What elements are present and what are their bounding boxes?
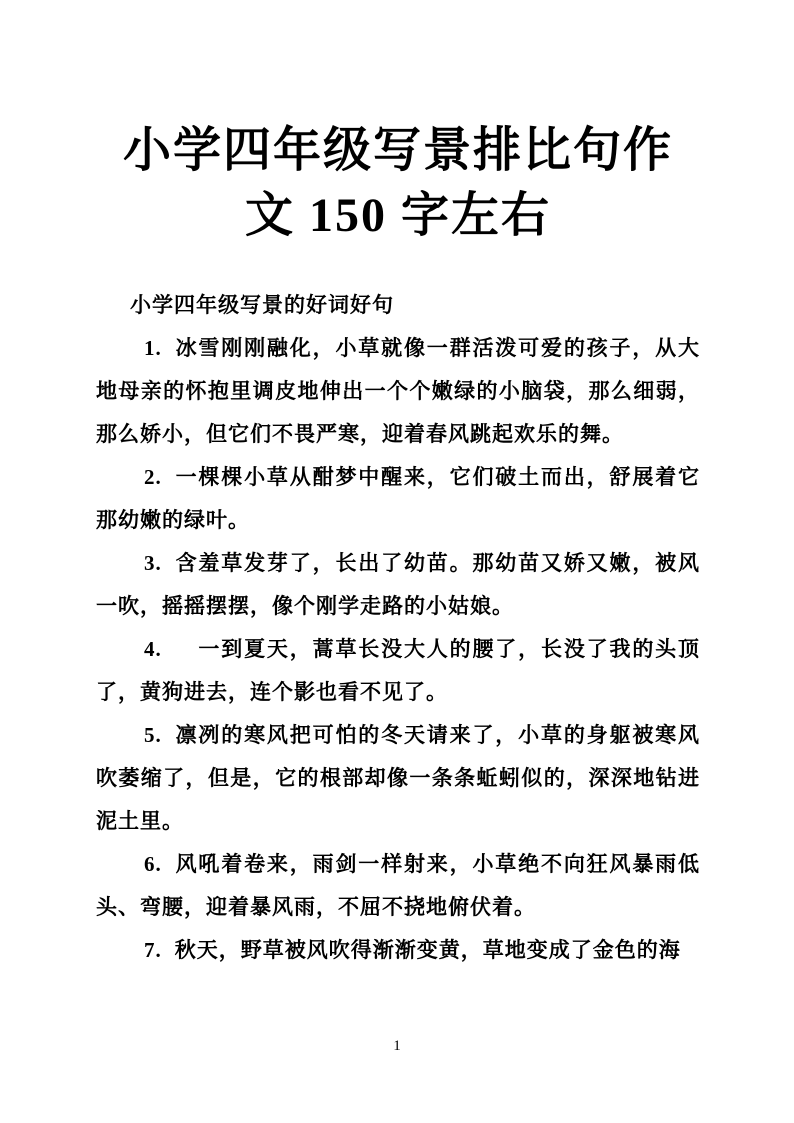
paragraph-number: 2. [144, 465, 162, 489]
paragraph-text: 凛冽的寒风把可怕的冬天请来了，小草的身躯被寒风吹萎缩了，但是，它的根部却像一条条… [96, 724, 700, 833]
document-page: 小学四年级写景排比句作 文 150 字左右 小学四年级写景的好词好句 1.冰雪刚… [0, 0, 794, 1123]
title-line-2: 文 150 字左右 [96, 183, 700, 248]
paragraph-number: 1. [144, 336, 162, 360]
numbered-paragraph: 1.冰雪刚刚融化，小草就像一群活泼可爱的孩子，从大地母亲的怀抱里调皮地伸出一个个… [96, 327, 700, 456]
document-title: 小学四年级写景排比句作 文 150 字左右 [96, 118, 700, 248]
paragraph-number: 3. [144, 551, 162, 575]
numbered-paragraph: 4. 一到夏天，蒿草长没大人的腰了，长没了我的头顶了，黄狗进去，连个影也看不见了… [96, 628, 700, 714]
paragraph-number: 4. [144, 637, 162, 661]
numbered-paragraph: 6.风吼着卷来，雨剑一样射来，小草绝不向狂风暴雨低头、弯腰，迎着暴风雨，不屈不挠… [96, 843, 700, 929]
numbered-paragraph: 5.凛冽的寒风把可怕的冬天请来了，小草的身躯被寒风吹萎缩了，但是，它的根部却像一… [96, 714, 700, 843]
numbered-paragraph: 3.含羞草发芽了，长出了幼苗。那幼苗又娇又嫩，被风一吹，摇摇摆摆，像个刚学走路的… [96, 542, 700, 628]
numbered-paragraph: 7.秋天，野草被风吹得渐渐变黄，草地变成了金色的海 [96, 929, 700, 972]
paragraph-text: 一棵棵小草从酣梦中醒来，它们破土而出，舒展着它那幼嫩的绿叶。 [96, 466, 700, 532]
page-number: 1 [0, 1038, 794, 1055]
paragraph-number: 6. [144, 852, 162, 876]
paragraph-number: 5. [144, 723, 162, 747]
paragraph-text: 秋天，野草被风吹得渐渐变黄，草地变成了金色的海 [175, 939, 681, 962]
title-line-1: 小学四年级写景排比句作 [96, 118, 700, 183]
paragraph-text: 风吼着卷来，雨剑一样射来，小草绝不向狂风暴雨低头、弯腰，迎着暴风雨，不屈不挠地俯… [96, 853, 700, 919]
document-body: 小学四年级写景的好词好句 1.冰雪刚刚融化，小草就像一群活泼可爱的孩子，从大地母… [96, 284, 700, 972]
paragraph-text: 含羞草发芽了，长出了幼苗。那幼苗又娇又嫩，被风一吹，摇摇摆摆，像个刚学走路的小姑… [96, 552, 700, 618]
paragraph-text: 一到夏天，蒿草长没大人的腰了，长没了我的头顶了，黄狗进去，连个影也看不见了。 [96, 638, 700, 704]
paragraph-text: 冰雪刚刚融化，小草就像一群活泼可爱的孩子，从大地母亲的怀抱里调皮地伸出一个个嫩绿… [96, 337, 700, 446]
paragraph-list: 1.冰雪刚刚融化，小草就像一群活泼可爱的孩子，从大地母亲的怀抱里调皮地伸出一个个… [96, 327, 700, 972]
intro-line: 小学四年级写景的好词好句 [96, 284, 700, 327]
paragraph-number: 7. [144, 938, 162, 962]
numbered-paragraph: 2.一棵棵小草从酣梦中醒来，它们破土而出，舒展着它那幼嫩的绿叶。 [96, 456, 700, 542]
